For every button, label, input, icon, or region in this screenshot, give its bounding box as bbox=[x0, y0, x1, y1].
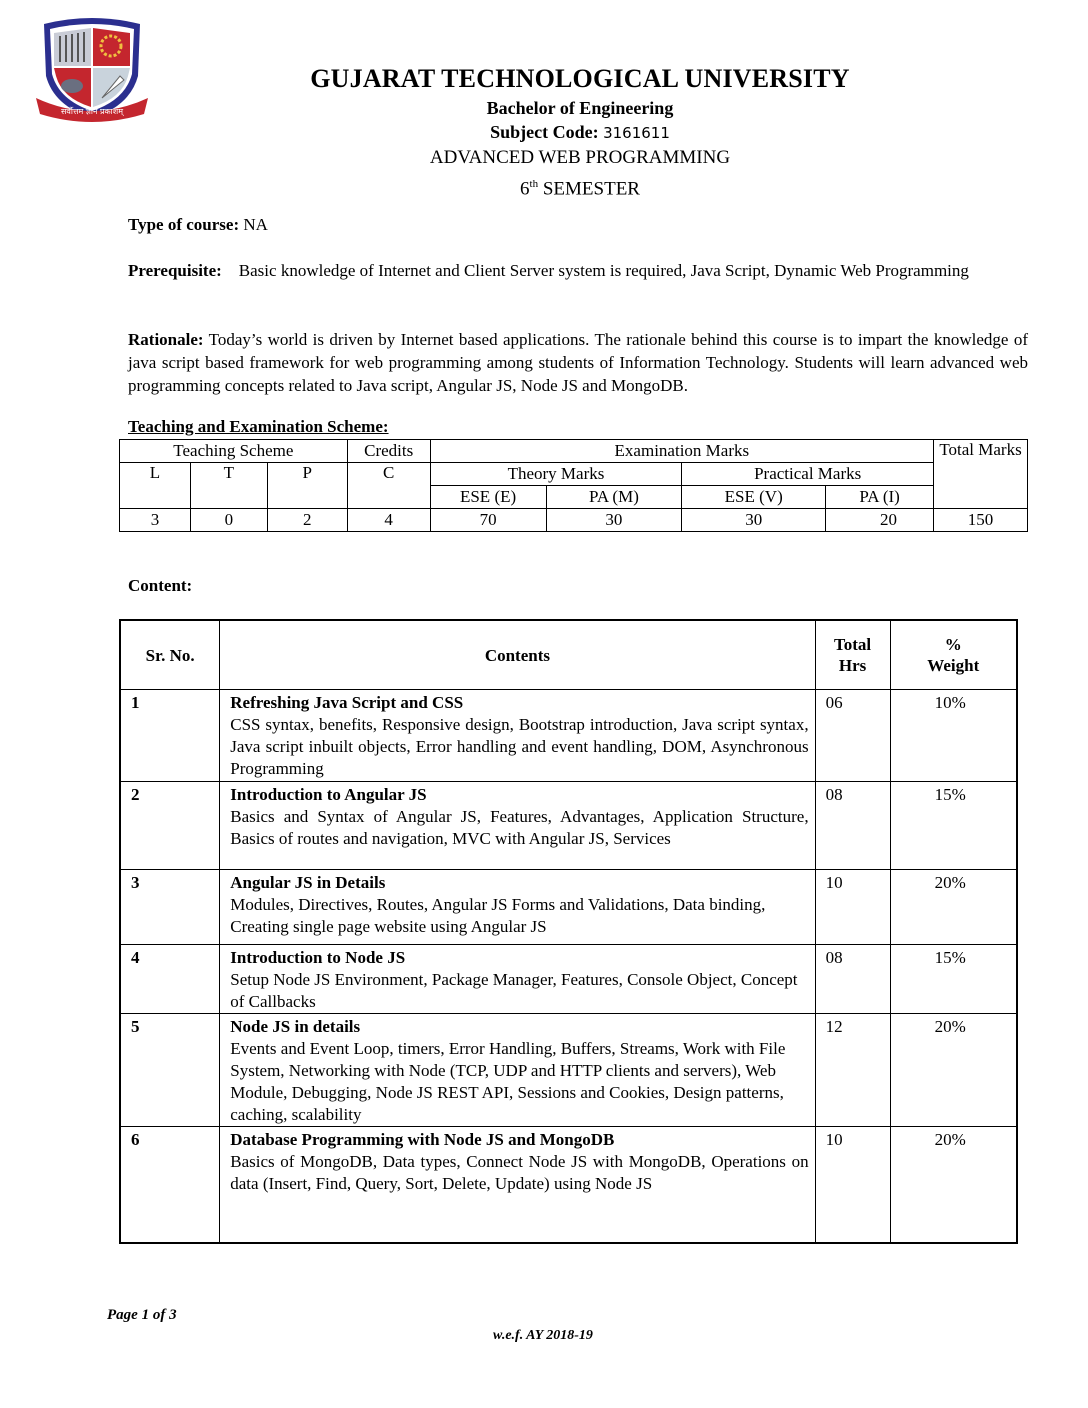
header-total-marks: Total Marks bbox=[934, 440, 1028, 509]
header-theory-marks: Theory Marks bbox=[430, 463, 682, 486]
page-number: Page 1 of 3 bbox=[107, 1307, 177, 1324]
header-credits: Credits bbox=[347, 440, 430, 463]
header-practical-marks: Practical Marks bbox=[682, 463, 934, 486]
header-exam-marks: Examination Marks bbox=[430, 440, 933, 463]
row-weight: 20% bbox=[890, 870, 1017, 945]
header-pa-m: PA (M) bbox=[546, 486, 682, 509]
type-of-course: Type of course: NA bbox=[128, 213, 1028, 236]
value-pa-i: 20 bbox=[826, 509, 934, 532]
row-body: Setup Node JS Environment, Package Manag… bbox=[230, 969, 808, 1013]
row-body: Events and Event Loop, timers, Error Han… bbox=[230, 1038, 808, 1126]
row-title: Introduction to Node JS bbox=[230, 947, 808, 969]
row-hrs: 08 bbox=[815, 945, 890, 1014]
value-C: 4 bbox=[347, 509, 430, 532]
row-weight: 15% bbox=[890, 945, 1017, 1014]
scheme-table: Teaching Scheme Credits Examination Mark… bbox=[119, 439, 1028, 532]
subject-code: Subject Code: 3161611 bbox=[300, 120, 860, 145]
row-title: Refreshing Java Script and CSS bbox=[230, 692, 808, 714]
row-hrs: 06 bbox=[815, 690, 890, 782]
header-contents: Contents bbox=[220, 620, 815, 690]
university-logo: सर्वोत्तम ज्ञान प्रकाशम् bbox=[30, 14, 154, 126]
row-contents: Introduction to Angular JS Basics and Sy… bbox=[220, 782, 815, 870]
header-total-hrs: Total Hrs bbox=[815, 620, 890, 690]
value-P: 2 bbox=[267, 509, 347, 532]
row-contents: Angular JS in Details Modules, Directive… bbox=[220, 870, 815, 945]
row-hrs: 10 bbox=[815, 870, 890, 945]
row-weight: 10% bbox=[890, 690, 1017, 782]
effective-year: w.e.f. AY 2018-19 bbox=[493, 1328, 593, 1344]
content-table: Sr. No. Contents Total Hrs % Weight 1 Re… bbox=[119, 619, 1018, 1244]
svg-text:सर्वोत्तम ज्ञान प्रकाशम्: सर्वोत्तम ज्ञान प्रकाशम् bbox=[61, 106, 125, 117]
row-sr: 2 bbox=[120, 782, 220, 870]
document-header: GUJARAT TECHNOLOGICAL UNIVERSITY Bachelo… bbox=[300, 62, 860, 202]
row-title: Database Programming with Node JS and Mo… bbox=[230, 1129, 808, 1151]
row-sr: 6 bbox=[120, 1127, 220, 1243]
row-contents: Introduction to Node JS Setup Node JS En… bbox=[220, 945, 815, 1014]
row-sr: 1 bbox=[120, 690, 220, 782]
row-sr: 5 bbox=[120, 1014, 220, 1127]
subject-name: ADVANCED WEB PROGRAMMING bbox=[300, 145, 860, 171]
row-hrs: 12 bbox=[815, 1014, 890, 1127]
row-contents: Node JS in details Events and Event Loop… bbox=[220, 1014, 815, 1127]
row-title: Node JS in details bbox=[230, 1016, 808, 1038]
row-weight: 20% bbox=[890, 1127, 1017, 1243]
header-pa-i: PA (I) bbox=[826, 486, 934, 509]
content-row: 3 Angular JS in Details Modules, Directi… bbox=[120, 870, 1017, 945]
header-sr-no: Sr. No. bbox=[120, 620, 220, 690]
row-contents: Refreshing Java Script and CSS CSS synta… bbox=[220, 690, 815, 782]
row-body: CSS syntax, benefits, Responsive design,… bbox=[230, 714, 808, 780]
content-row: 1 Refreshing Java Script and CSS CSS syn… bbox=[120, 690, 1017, 782]
content-row: 5 Node JS in details Events and Event Lo… bbox=[120, 1014, 1017, 1127]
header-ese-e: ESE (E) bbox=[430, 486, 546, 509]
content-row: 4 Introduction to Node JS Setup Node JS … bbox=[120, 945, 1017, 1014]
value-pa-m: 30 bbox=[546, 509, 682, 532]
content-header-row: Sr. No. Contents Total Hrs % Weight bbox=[120, 620, 1017, 690]
university-name: GUJARAT TECHNOLOGICAL UNIVERSITY bbox=[300, 62, 860, 96]
rationale: Rationale: Today’s world is driven by In… bbox=[128, 328, 1028, 397]
header-P: P bbox=[267, 463, 347, 509]
row-sr: 4 bbox=[120, 945, 220, 1014]
subject-code-value: 3161611 bbox=[603, 124, 670, 142]
semester: 6th SEMESTER bbox=[300, 171, 860, 202]
value-ese-v: 30 bbox=[682, 509, 826, 532]
header-weight: % Weight bbox=[890, 620, 1017, 690]
header-T: T bbox=[190, 463, 267, 509]
row-weight: 15% bbox=[890, 782, 1017, 870]
row-hrs: 10 bbox=[815, 1127, 890, 1243]
content-row: 6 Database Programming with Node JS and … bbox=[120, 1127, 1017, 1243]
row-weight: 20% bbox=[890, 1014, 1017, 1127]
row-contents: Database Programming with Node JS and Mo… bbox=[220, 1127, 815, 1243]
header-L: L bbox=[120, 463, 191, 509]
row-body: Modules, Directives, Routes, Angular JS … bbox=[230, 894, 808, 938]
row-body: Basics of MongoDB, Data types, Connect N… bbox=[230, 1151, 808, 1195]
value-T: 0 bbox=[190, 509, 267, 532]
degree: Bachelor of Engineering bbox=[300, 96, 860, 120]
prerequisite: Prerequisite: Basic knowledge of Interne… bbox=[128, 259, 1008, 282]
header-C: C bbox=[347, 463, 430, 509]
content-title: Content: bbox=[128, 576, 192, 596]
header-ese-v: ESE (V) bbox=[682, 486, 826, 509]
scheme-title: Teaching and Examination Scheme: bbox=[128, 417, 389, 437]
content-row: 2 Introduction to Angular JS Basics and … bbox=[120, 782, 1017, 870]
row-sr: 3 bbox=[120, 870, 220, 945]
row-hrs: 08 bbox=[815, 782, 890, 870]
value-L: 3 bbox=[120, 509, 191, 532]
value-total: 150 bbox=[934, 509, 1028, 532]
row-title: Angular JS in Details bbox=[230, 872, 808, 894]
row-body: Basics and Syntax of Angular JS, Feature… bbox=[230, 806, 808, 850]
header-teaching-scheme: Teaching Scheme bbox=[120, 440, 348, 463]
value-ese-e: 70 bbox=[430, 509, 546, 532]
row-title: Introduction to Angular JS bbox=[230, 784, 808, 806]
